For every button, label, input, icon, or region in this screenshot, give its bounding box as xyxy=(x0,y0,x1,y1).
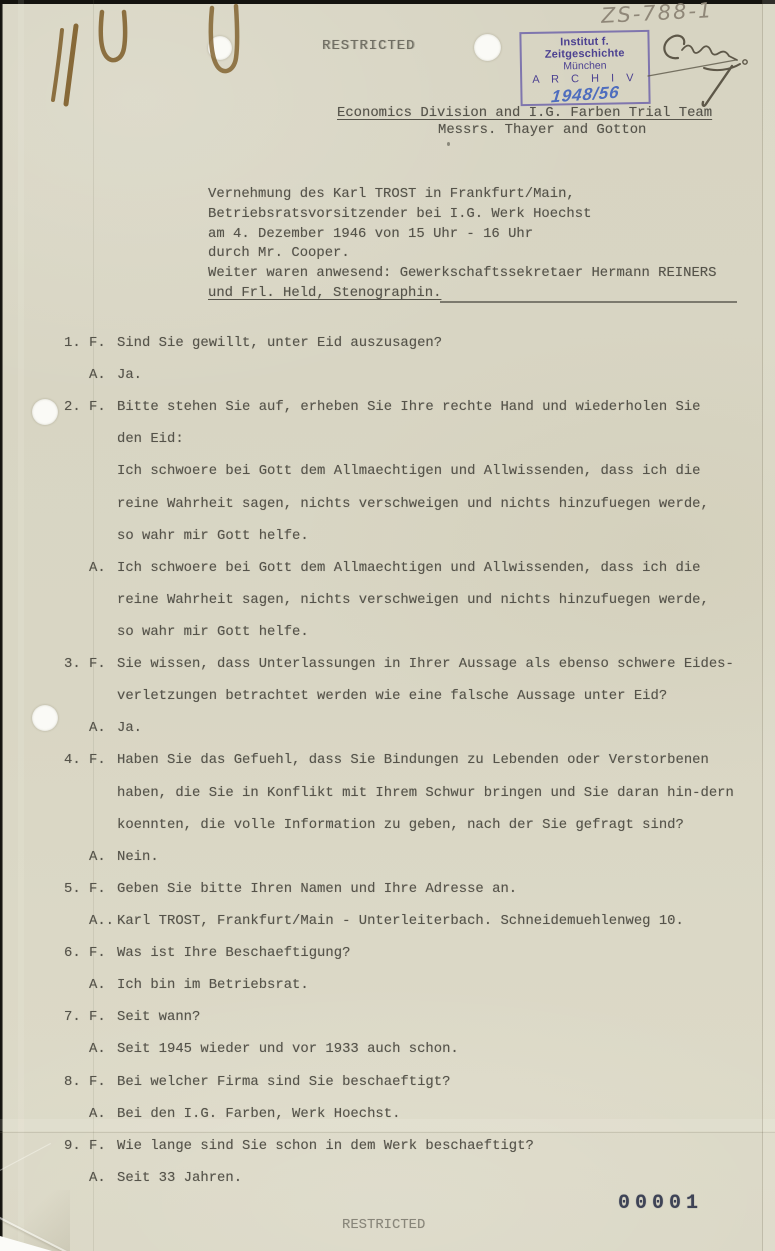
qa-number: 7. xyxy=(64,1009,81,1026)
qa-line-text: Sie wissen, dass Unterlassungen in Ihrer… xyxy=(117,656,734,673)
qa-line-text: Haben Sie das Gefuehl, dass Sie Bindunge… xyxy=(117,752,709,769)
qa-line-text: Was ist Ihre Beschaeftigung? xyxy=(117,945,350,962)
qa-number: 1. xyxy=(64,335,81,352)
qa-row: 9.F.Wie lange sind Sie schon in dem Werk… xyxy=(0,1136,775,1168)
qa-line-text: Seit 33 Jahren. xyxy=(117,1170,242,1187)
qa-line-text: Bitte stehen Sie auf, erheben Sie Ihre r… xyxy=(117,399,701,416)
qa-transcript: 1.F.Sind Sie gewillt, unter Eid auszusag… xyxy=(0,333,775,1200)
qa-speaker-label: F. xyxy=(89,945,106,962)
qa-speaker-label: F. xyxy=(89,1074,106,1091)
qa-number: 9. xyxy=(64,1138,81,1155)
qa-line-text: Ich schwoere bei Gott dem Allmaechtigen … xyxy=(117,560,701,577)
qa-line-text: reine Wahrheit sagen, nichts verschweige… xyxy=(117,592,709,609)
qa-speaker-label: F. xyxy=(89,881,106,898)
qa-row: koennten, die volle Information zu geben… xyxy=(0,815,775,847)
qa-row: A..Karl TROST, Frankfurt/Main - Unterlei… xyxy=(0,911,775,943)
qa-row: 4.F.Haben Sie das Gefuehl, dass Sie Bind… xyxy=(0,750,775,782)
archive-stamp-institution: Institut f. Zeitgeschichte xyxy=(521,35,647,61)
qa-row: Ich schwoere bei Gott dem Allmaechtigen … xyxy=(0,461,775,493)
qa-row: A.Ich schwoere bei Gott dem Allmaechtige… xyxy=(0,558,775,590)
qa-speaker-label: F. xyxy=(89,656,106,673)
qa-row: A.Ja. xyxy=(0,365,775,397)
qa-line-text: Sind Sie gewillt, unter Eid auszusagen? xyxy=(117,335,442,352)
qa-line-text: Nein. xyxy=(117,849,159,866)
signature-text: Coop xyxy=(666,30,714,53)
qa-line-text: koennten, die volle Information zu geben… xyxy=(117,817,684,834)
qa-row: haben, die Sie in Konflikt mit Ihrem Sch… xyxy=(0,783,775,815)
qa-row: A.Bei den I.G. Farben, Werk Hoechst. xyxy=(0,1104,775,1136)
header-line-2: Messrs. Thayer and Gotton xyxy=(438,122,646,139)
qa-speaker-label: A. xyxy=(89,1170,106,1187)
qa-row: A.Ich bin im Betriebsrat. xyxy=(0,975,775,1007)
intro-line: Betriebsratsvorsitzender bei I.G. Werk H… xyxy=(208,206,716,226)
intro-line: Weiter waren anwesend: Gewerkschaftssekr… xyxy=(208,265,716,285)
intro-underline-rule xyxy=(440,301,737,303)
page-number-stamp: 00001 xyxy=(618,1192,703,1215)
ink-marks-icon xyxy=(40,0,250,115)
qa-speaker-label: F. xyxy=(89,1138,106,1155)
qa-row: so wahr mir Gott helfe. xyxy=(0,526,775,558)
qa-line-text: verletzungen betrachtet werden wie eine … xyxy=(117,688,667,705)
qa-line-text: Ich schwoere bei Gott dem Allmaechtigen … xyxy=(117,463,701,480)
qa-line-text: reine Wahrheit sagen, nichts verschweige… xyxy=(117,496,709,513)
qa-speaker-label: F. xyxy=(89,1009,106,1026)
qa-row: reine Wahrheit sagen, nichts verschweige… xyxy=(0,590,775,622)
intro-line: Vernehmung des Karl TROST in Frankfurt/M… xyxy=(208,186,716,206)
qa-speaker-label: A. xyxy=(89,977,106,994)
qa-row: 2.F.Bitte stehen Sie auf, erheben Sie Ih… xyxy=(0,397,775,429)
classification-top: RESTRICTED xyxy=(322,38,415,55)
signature-handwriting: Coop xyxy=(646,20,775,110)
intro-line: am 4. Dezember 1946 von 15 Uhr - 16 Uhr xyxy=(208,226,716,246)
qa-row: 8.F.Bei welcher Firma sind Sie beschaeft… xyxy=(0,1072,775,1104)
qa-speaker-label: F. xyxy=(89,399,106,416)
qa-row: A.Ja. xyxy=(0,718,775,750)
qa-speaker-label: A. xyxy=(89,849,106,866)
qa-line-text: Wie lange sind Sie schon in dem Werk bes… xyxy=(117,1138,534,1155)
archive-stamp: Institut f. Zeitgeschichte München A R C… xyxy=(519,30,650,106)
qa-speaker-label: F. xyxy=(89,752,106,769)
qa-number: 8. xyxy=(64,1074,81,1091)
qa-number: 5. xyxy=(64,881,81,898)
qa-line-text: Bei welcher Firma sind Sie beschaeftigt? xyxy=(117,1074,450,1091)
qa-number: 6. xyxy=(64,945,81,962)
qa-row: so wahr mir Gott helfe. xyxy=(0,622,775,654)
qa-line-text: so wahr mir Gott helfe. xyxy=(117,528,309,545)
hole-punch-top-center xyxy=(474,34,501,61)
qa-line-text: Ja. xyxy=(117,720,142,737)
qa-line-text: Karl TROST, Frankfurt/Main - Unterleiter… xyxy=(117,913,684,930)
qa-number: 3. xyxy=(64,656,81,673)
intro-line: durch Mr. Cooper. xyxy=(208,245,716,265)
qa-speaker-label: F. xyxy=(89,335,106,352)
qa-row: verletzungen betrachtet werden wie eine … xyxy=(0,686,775,718)
qa-speaker-label: A.. xyxy=(89,913,114,930)
qa-row: reine Wahrheit sagen, nichts verschweige… xyxy=(0,494,775,526)
qa-speaker-label: A. xyxy=(89,560,106,577)
qa-speaker-label: A. xyxy=(89,367,106,384)
qa-speaker-label: A. xyxy=(89,1106,106,1123)
qa-row: 7.F.Seit wann? xyxy=(0,1007,775,1039)
qa-line-text: den Eid: xyxy=(117,431,184,448)
qa-row: 3.F.Sie wissen, dass Unterlassungen in I… xyxy=(0,654,775,686)
intro-block: Vernehmung des Karl TROST in Frankfurt/M… xyxy=(208,186,716,305)
qa-number: 4. xyxy=(64,752,81,769)
qa-row: 6.F.Was ist Ihre Beschaeftigung? xyxy=(0,943,775,975)
qa-number: 2. xyxy=(64,399,81,416)
qa-speaker-label: A. xyxy=(89,1041,106,1058)
qa-line-text: Ja. xyxy=(117,367,142,384)
qa-line-text: Ich bin im Betriebsrat. xyxy=(117,977,309,994)
qa-row: A.Seit 1945 wieder und vor 1933 auch sch… xyxy=(0,1039,775,1071)
qa-row: A.Nein. xyxy=(0,847,775,879)
header-line-1: Economics Division and I.G. Farben Trial… xyxy=(337,105,712,122)
qa-row: den Eid: xyxy=(0,429,775,461)
qa-line-text: Seit wann? xyxy=(117,1009,200,1026)
qa-line-text: haben, die Sie in Konflikt mit Ihrem Sch… xyxy=(117,785,734,802)
qa-line-text: Geben Sie bitte Ihren Namen und Ihre Adr… xyxy=(117,881,517,898)
qa-line-text: Bei den I.G. Farben, Werk Hoechst. xyxy=(117,1106,400,1123)
ink-speck xyxy=(447,142,450,146)
qa-speaker-label: A. xyxy=(89,720,106,737)
qa-row: 1.F.Sind Sie gewillt, unter Eid auszusag… xyxy=(0,333,775,365)
qa-line-text: so wahr mir Gott helfe. xyxy=(117,624,309,641)
archive-stamp-city: München xyxy=(522,59,648,73)
scanned-document-page: RESTRICTED Institut f. Zeitgeschichte Mü… xyxy=(0,0,775,1251)
qa-line-text: Seit 1945 wieder und vor 1933 auch schon… xyxy=(117,1041,459,1058)
classification-bottom: RESTRICTED xyxy=(342,1217,425,1234)
qa-row: 5.F.Geben Sie bitte Ihren Namen und Ihre… xyxy=(0,879,775,911)
